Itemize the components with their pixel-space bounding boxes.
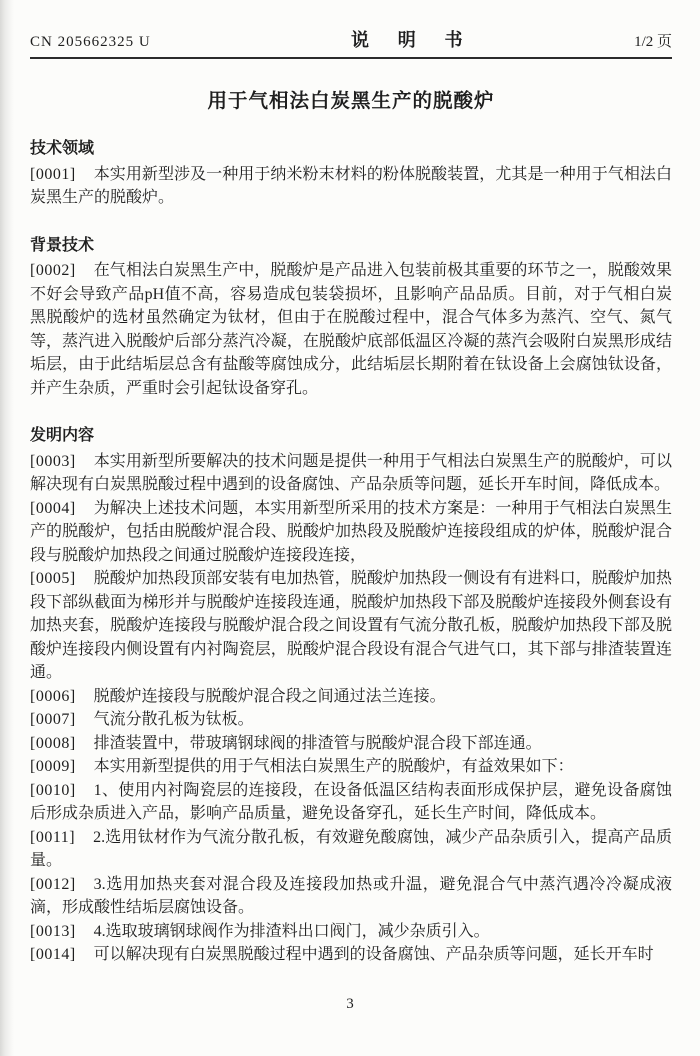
paragraph-text: 脱酸炉连接段与脱酸炉混合段之间通过法兰连接。 — [94, 688, 446, 705]
paragraph-number: [0014] — [30, 943, 76, 967]
numbered-paragraph: [0003]本实用新型所要解决的技术问题是提供一种用于气相法白炭黑生产的脱酸炉，… — [30, 450, 672, 497]
paragraph-text: 可以解决现有白炭黑脱酸过程中遇到的设备腐蚀、产品杂质等问题，延长开车时 — [94, 946, 654, 963]
paragraph-text: 本实用新型提供的用于气相法白炭黑生产的脱酸炉，有益效果如下： — [94, 758, 574, 775]
section-paragraphs: [0003]本实用新型所要解决的技术问题是提供一种用于气相法白炭黑生产的脱酸炉，… — [30, 450, 672, 967]
paragraph-text: 本实用新型所要解决的技术问题是提供一种用于气相法白炭黑生产的脱酸炉，可以解决现有… — [30, 453, 672, 494]
paragraph-text: 在气相法白炭黑生产中，脱酸炉是产品进入包装前极其重要的环节之一，脱酸效果不好会导… — [30, 262, 672, 397]
numbered-paragraph: [0005]脱酸炉加热段顶部安装有电加热管，脱酸炉加热段一侧设有有进料口，脱酸炉… — [30, 567, 672, 685]
paragraph-number: [0008] — [30, 732, 76, 756]
paragraph-text: 1、使用内衬陶瓷层的连接段，在设备低温区结构表面形成保护层，避免设备腐蚀后形成杂… — [30, 782, 672, 823]
publication-number: CN 205662325 U — [30, 34, 151, 51]
paragraph-number: [0013] — [30, 920, 76, 944]
paragraph-number: [0009] — [30, 755, 76, 779]
numbered-paragraph: [0014]可以解决现有白炭黑脱酸过程中遇到的设备腐蚀、产品杂质等问题，延长开车… — [30, 943, 672, 967]
section-heading: 背景技术 — [30, 234, 672, 258]
patent-specification-page: CN 205662325 U 说明书 1/2 页 用于气相法白炭黑生产的脱酸炉 … — [0, 0, 700, 1056]
paragraph-text: 排渣装置中，带玻璃钢球阀的排渣管与脱酸炉混合段下部连通。 — [94, 735, 542, 752]
paragraph-text: 脱酸炉加热段顶部安装有电加热管，脱酸炉加热段一侧设有有进料口，脱酸炉加热段下部纵… — [30, 570, 672, 681]
numbered-paragraph: [0007]气流分散孔板为钛板。 — [30, 708, 672, 732]
paragraph-text: 本实用新型涉及一种用于纳米粉末材料的粉体脱酸装置，尤其是一种用于气相法白炭黑生产… — [30, 166, 672, 207]
paragraph-text: 2.选用钛材作为气流分散孔板，有效避免酸腐蚀，减少产品杂质引入，提高产品质量。 — [30, 829, 672, 870]
numbered-paragraph: [0010]1、使用内衬陶瓷层的连接段，在设备低温区结构表面形成保护层，避免设备… — [30, 779, 672, 826]
document-body: 技术领域 [0001]本实用新型涉及一种用于纳米粉末材料的粉体脱酸装置，尤其是一… — [30, 137, 672, 967]
section-paragraphs: [0002]在气相法白炭黑生产中，脱酸炉是产品进入包装前极其重要的环节之一，脱酸… — [30, 259, 672, 400]
numbered-paragraph: [0011]2.选用钛材作为气流分散孔板，有效避免酸腐蚀，减少产品杂质引入，提高… — [30, 826, 672, 873]
numbered-paragraph: [0004]为解决上述技术问题，本实用新型所采用的技术方案是：一种用于气相法白炭… — [30, 497, 672, 568]
numbered-paragraph: [0013]4.选取玻璃钢球阀作为排渣料出口阀门，减少杂质引入。 — [30, 920, 672, 944]
paragraph-text: 4.选取玻璃钢球阀作为排渣料出口阀门，减少杂质引入。 — [94, 923, 490, 940]
paragraph-text: 3.选用加热夹套对混合段及连接段加热或升温，避免混合气中蒸汽遇冷冷凝成液滴，形成… — [30, 876, 672, 917]
paragraph-number: [0003] — [30, 450, 76, 474]
paragraph-number: [0002] — [30, 259, 76, 283]
numbered-paragraph: [0006]脱酸炉连接段与脱酸炉混合段之间通过法兰连接。 — [30, 685, 672, 709]
section-heading: 技术领域 — [30, 137, 672, 161]
sheet-number: 3 — [0, 996, 700, 1013]
page-header: CN 205662325 U 说明书 1/2 页 — [30, 26, 672, 59]
paragraph-number: [0005] — [30, 567, 76, 591]
paragraph-number: [0004] — [30, 497, 76, 521]
numbered-paragraph: [0001]本实用新型涉及一种用于纳米粉末材料的粉体脱酸装置，尤其是一种用于气相… — [30, 163, 672, 210]
paragraph-number: [0010] — [30, 779, 76, 803]
section-heading: 发明内容 — [30, 424, 672, 448]
paragraph-text: 气流分散孔板为钛板。 — [94, 711, 254, 728]
document-type-heading: 说明书 — [322, 26, 491, 52]
document-section: 背景技术 [0002]在气相法白炭黑生产中，脱酸炉是产品进入包装前极其重要的环节… — [30, 234, 672, 401]
paragraph-number: [0007] — [30, 708, 76, 732]
paragraph-number: [0011] — [30, 826, 75, 850]
paragraph-number: [0001] — [30, 163, 76, 187]
numbered-paragraph: [0009]本实用新型提供的用于气相法白炭黑生产的脱酸炉，有益效果如下： — [30, 755, 672, 779]
paragraph-text: 为解决上述技术问题，本实用新型所采用的技术方案是：一种用于气相法白炭黑生产的脱酸… — [30, 500, 672, 564]
numbered-paragraph: [0002]在气相法白炭黑生产中，脱酸炉是产品进入包装前极其重要的环节之一，脱酸… — [30, 259, 672, 400]
document-section: 发明内容 [0003]本实用新型所要解决的技术问题是提供一种用于气相法白炭黑生产… — [30, 424, 672, 967]
paragraph-number: [0012] — [30, 873, 76, 897]
invention-title: 用于气相法白炭黑生产的脱酸炉 — [30, 85, 672, 113]
section-paragraphs: [0001]本实用新型涉及一种用于纳米粉末材料的粉体脱酸装置，尤其是一种用于气相… — [30, 163, 672, 210]
paragraph-number: [0006] — [30, 685, 76, 709]
page-indicator: 1/2 页 — [634, 30, 672, 51]
numbered-paragraph: [0008]排渣装置中，带玻璃钢球阀的排渣管与脱酸炉混合段下部连通。 — [30, 732, 672, 756]
numbered-paragraph: [0012]3.选用加热夹套对混合段及连接段加热或升温，避免混合气中蒸汽遇冷冷凝… — [30, 873, 672, 920]
document-section: 技术领域 [0001]本实用新型涉及一种用于纳米粉末材料的粉体脱酸装置，尤其是一… — [30, 137, 672, 210]
